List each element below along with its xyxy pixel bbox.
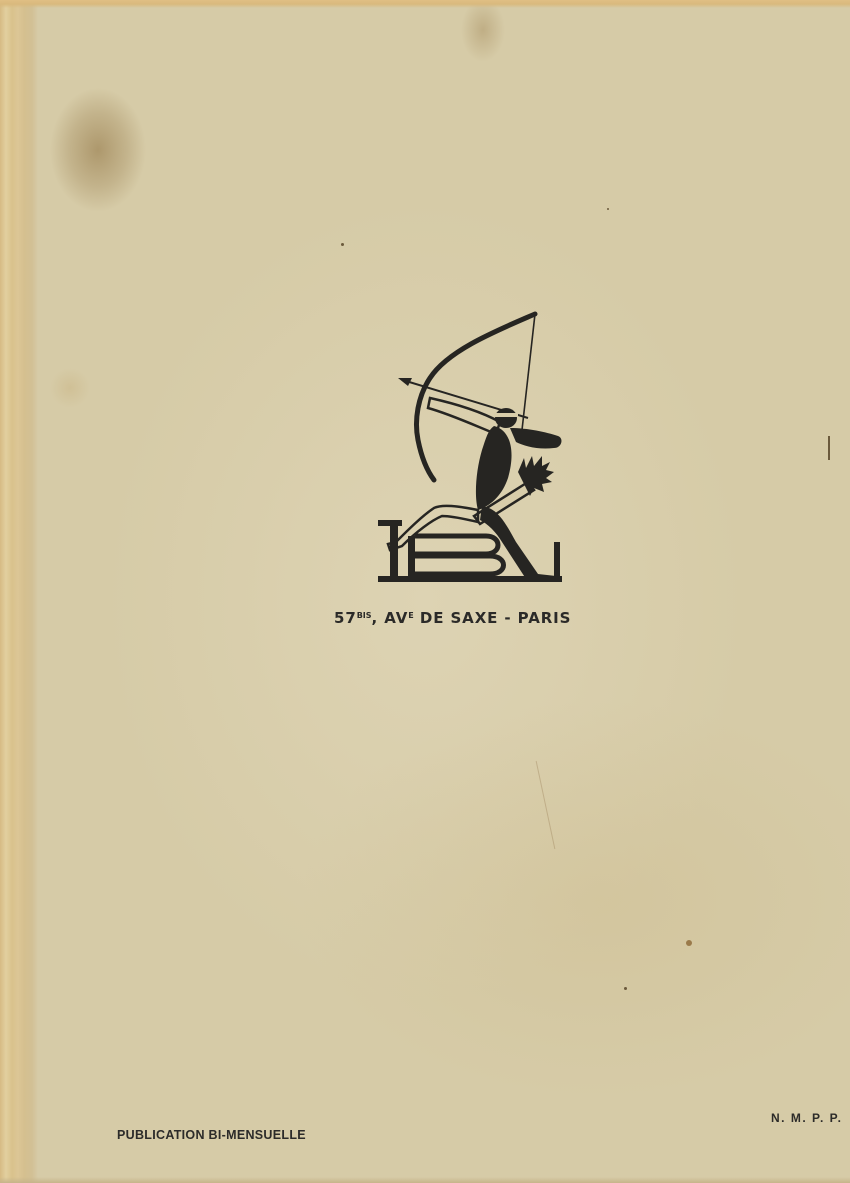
address-street-prefix: AV — [384, 609, 408, 627]
address-street: DE SAXE - PARIS — [420, 609, 571, 627]
address-street-prefix-suffix: E — [408, 611, 413, 620]
archer-logo-icon — [378, 310, 568, 590]
paper-speck — [686, 940, 692, 946]
address-separator: , — [372, 609, 379, 627]
paper-speck — [341, 243, 344, 246]
address-number: 57 — [334, 609, 357, 627]
publication-frequency: PUBLICATION BI-MENSUELLE — [117, 1128, 306, 1142]
publisher-address: 57BIS, AVE DE SAXE - PARIS — [334, 609, 614, 627]
paper-background — [0, 0, 850, 1183]
page-edge-bottom — [0, 1177, 850, 1183]
address-number-suffix: BIS — [357, 611, 372, 620]
page-edge-top — [0, 0, 850, 8]
paper-speck — [624, 987, 627, 990]
paper-scratch — [828, 436, 830, 460]
paper-speck — [607, 208, 609, 210]
page-edge-left — [0, 0, 38, 1183]
distributor-label: N. M. P. P. — [771, 1111, 842, 1125]
